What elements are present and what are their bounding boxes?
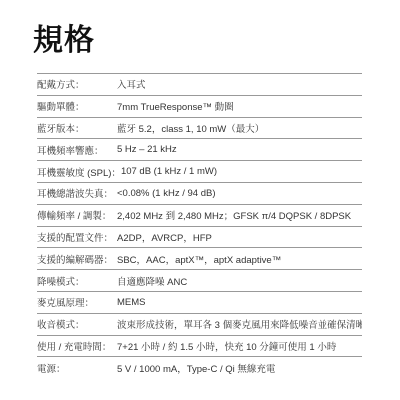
spec-value: 107 dB (1 kHz / 1 mW): [121, 166, 362, 177]
spec-label: 支援的配置文件：: [37, 230, 117, 244]
spec-value: 7mm TrueResponse™ 動圈: [117, 99, 362, 113]
spec-value: 藍牙 5.2，class 1, 10 mW（最大）: [117, 121, 362, 135]
spec-label: 降噪模式：: [37, 274, 117, 288]
spec-value: SBC，AAC，aptX™，aptX adaptive™: [117, 252, 362, 266]
spec-label: 電源：: [37, 361, 117, 375]
spec-label: 麥克風原理：: [37, 295, 117, 309]
spec-value: 入耳式: [117, 77, 362, 91]
spec-value: 自適應降噪 ANC: [117, 274, 362, 288]
spec-label: 收音模式：: [37, 317, 117, 331]
spec-label: 藍牙版本：: [37, 121, 117, 135]
spec-label: 耳機總諧波失真：: [37, 186, 117, 200]
spec-label: 傳輸頻率 / 調製：: [37, 208, 117, 222]
spec-label: 耳機頻率響應：: [37, 143, 117, 157]
spec-value: 7+21 小時 / 約 1.5 小時，快充 10 分鐘可使用 1 小時: [117, 339, 362, 353]
spec-label: 使用 / 充電時間：: [37, 339, 117, 353]
spec-row-frequency-response: 耳機頻率響應： 5 Hz – 21 kHz: [37, 138, 362, 160]
spec-row-sensitivity-spl: 耳機靈敏度 (SPL)： 107 dB (1 kHz / 1 mW): [37, 160, 362, 182]
spec-row-bluetooth-version: 藍牙版本： 藍牙 5.2，class 1, 10 mW（最大）: [37, 117, 362, 139]
spec-row-thd: 耳機總諧波失真： <0.08% (1 kHz / 94 dB): [37, 182, 362, 204]
spec-value: 波束形成技術，單耳各 3 個麥克風用來降低噪音並確保清晰收音: [117, 317, 362, 331]
spec-row-driver-unit: 驅動單體： 7mm TrueResponse™ 動圈: [37, 95, 362, 117]
spec-table: 配戴方式： 入耳式 驅動單體： 7mm TrueResponse™ 動圈 藍牙版…: [37, 73, 362, 378]
spec-value: MEMS: [117, 297, 362, 308]
spec-value: 5 Hz – 21 kHz: [117, 144, 362, 155]
spec-label: 耳機靈敏度 (SPL)：: [37, 165, 121, 179]
spec-value: 5 V / 1000 mA，Type-C / Qi 無線充電: [117, 361, 362, 375]
spec-value: <0.08% (1 kHz / 94 dB): [117, 188, 362, 199]
spec-label: 驅動單體：: [37, 99, 117, 113]
spec-label: 配戴方式：: [37, 77, 117, 91]
page-title: 規格: [0, 0, 400, 56]
spec-row-codecs: 支援的編解碼器： SBC，AAC，aptX™，aptX adaptive™: [37, 247, 362, 269]
spec-row-wearing-style: 配戴方式： 入耳式: [37, 73, 362, 95]
spec-row-power: 電源： 5 V / 1000 mA，Type-C / Qi 無線充電: [37, 356, 362, 378]
spec-value: 2,402 MHz 到 2,480 MHz；GFSK π/4 DQPSK / 8…: [117, 208, 362, 222]
spec-row-microphone-principle: 麥克風原理： MEMS: [37, 291, 362, 313]
spec-page: 規格 配戴方式： 入耳式 驅動單體： 7mm TrueResponse™ 動圈 …: [0, 0, 400, 400]
spec-value: A2DP，AVRCP，HFP: [117, 230, 362, 244]
spec-row-pickup-mode: 收音模式： 波束形成技術，單耳各 3 個麥克風用來降低噪音並確保清晰收音: [37, 313, 362, 335]
spec-row-battery-charging-time: 使用 / 充電時間： 7+21 小時 / 約 1.5 小時，快充 10 分鐘可使…: [37, 335, 362, 357]
spec-row-transmission-modulation: 傳輸頻率 / 調製： 2,402 MHz 到 2,480 MHz；GFSK π/…: [37, 204, 362, 226]
spec-row-anc-mode: 降噪模式： 自適應降噪 ANC: [37, 269, 362, 291]
spec-label: 支援的編解碼器：: [37, 252, 117, 266]
spec-row-profiles: 支援的配置文件： A2DP，AVRCP，HFP: [37, 226, 362, 248]
